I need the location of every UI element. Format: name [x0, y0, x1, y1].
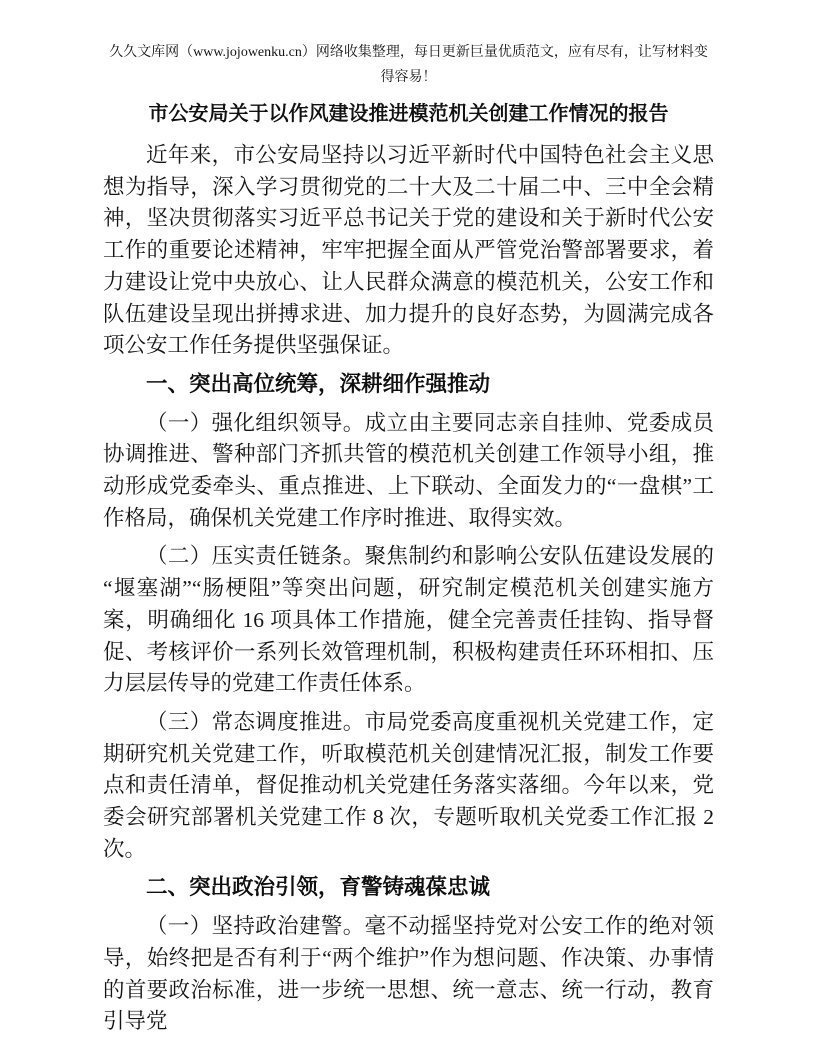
document-page: 久久文库网（www.jojowenku.cn）网络收集整理，每日更新巨量优质范文… [0, 0, 816, 1056]
document-title: 市公安局关于以作风建设推进模范机关创建工作情况的报告 [103, 99, 714, 129]
watermark-notice: 久久文库网（www.jojowenku.cn）网络收集整理，每日更新巨量优质范文… [103, 40, 714, 90]
paragraph-2-1-political-policing: （一）坚持政治建警。毫不动摇坚持党对公安工作的绝对领导，始终把是否有利于“两个维… [103, 911, 714, 1038]
section-heading-1: 一、突出高位统筹，深耕细作强推动 [103, 369, 714, 401]
paragraph-intro: 近年来，市公安局坚持以习近平新时代中国特色社会主义思想为指导，深入学习贯彻党的二… [103, 140, 714, 362]
paragraph-1-3-regular-scheduling: （三）常态调度推进。市局党委高度重视机关党建工作，定期研究机关党建工作，听取模范… [103, 707, 714, 866]
paragraph-1-1-strengthen-org-leadership: （一）强化组织领导。成立由主要同志亲自挂帅、党委成员协调推进、警种部门齐抓共管的… [103, 408, 714, 535]
section-heading-2: 二、突出政治引领，育警铸魂葆忠诚 [103, 872, 714, 904]
paragraph-1-2-responsibility-chain: （二）压实责任链条。聚焦制约和影响公安队伍建设发展的“堰塞湖”“肠梗阻”等突出问… [103, 541, 714, 700]
document-body: 近年来，市公安局坚持以习近平新时代中国特色社会主义思想为指导，深入学习贯彻党的二… [103, 140, 714, 1038]
